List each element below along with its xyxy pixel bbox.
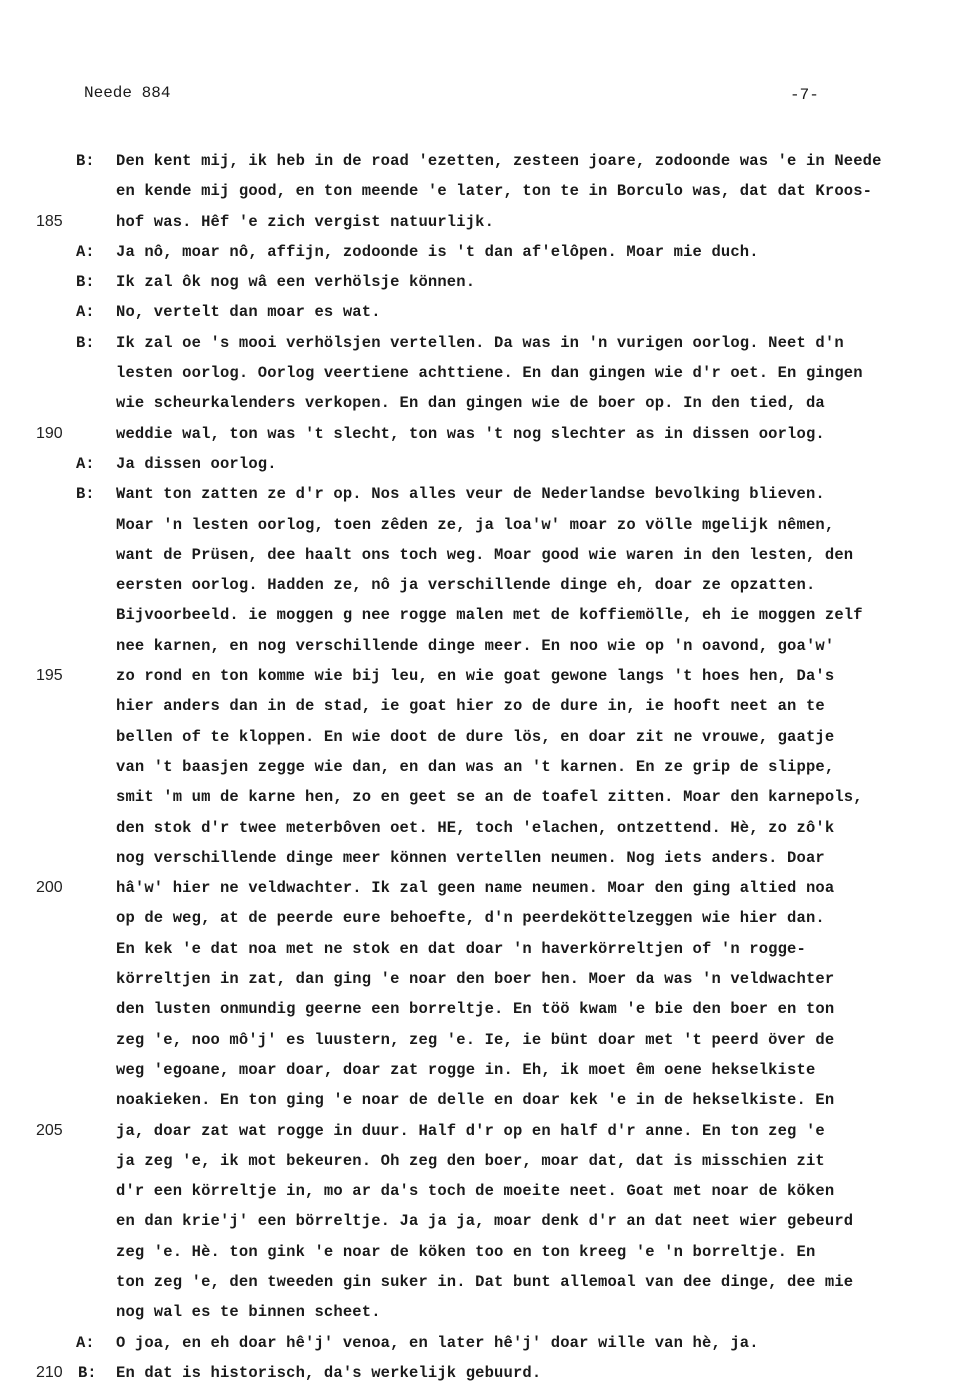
line-text: want de Prüsen, dee haalt ons toch weg. … xyxy=(116,540,853,570)
speaker-label: B: xyxy=(76,328,106,358)
transcript-line: van 't baasjen zegge wie dan, en dan was… xyxy=(0,752,973,782)
line-number: 195 xyxy=(36,661,76,691)
transcript-line: en dan krie'j' een börreltje. Ja ja ja, … xyxy=(0,1206,973,1236)
line-text: den stok d'r twee meterbôven oet. HE, to… xyxy=(116,813,834,843)
line-text: zeg 'e. Hè. ton gink 'e noar de köken to… xyxy=(116,1237,815,1267)
transcript-line: lesten oorlog. Oorlog veertiene achttien… xyxy=(0,358,973,388)
transcript-line: den stok d'r twee meterbôven oet. HE, to… xyxy=(0,813,973,843)
line-text: ja zeg 'e, ik mot bekeuren. Oh zeg den b… xyxy=(116,1146,825,1176)
line-text: Ja nô, moar nô, affijn, zodoonde is 't d… xyxy=(116,237,759,267)
transcript-line: eersten oorlog. Hadden ze, nô ja verschi… xyxy=(0,570,973,600)
line-text: nog wal es te binnen scheet. xyxy=(116,1297,381,1327)
line-text: Ik zal oe 's mooi verhölsjen vertellen. … xyxy=(116,328,844,358)
speaker-label: A: xyxy=(76,1328,106,1358)
speaker-label: A: xyxy=(76,297,106,327)
line-text: körreltjen in zat, dan ging 'e noar den … xyxy=(116,964,834,994)
speaker-label: B: xyxy=(78,1358,108,1388)
transcript-line: zeg 'e. Hè. ton gink 'e noar de köken to… xyxy=(0,1237,973,1267)
transcript-line: B:Ik zal ôk nog wâ een verhölsje können. xyxy=(0,267,973,297)
line-text: zo rond en ton komme wie bij leu, en wie… xyxy=(116,661,834,691)
transcript-line: A:O joa, en eh doar hê'j' venoa, en late… xyxy=(0,1328,973,1358)
line-text: hâ'w' hier ne veldwachter. Ik zal geen n… xyxy=(116,873,834,903)
transcript-line: B:Den kent mij, ik heb in de road 'ezett… xyxy=(0,146,973,176)
transcript-line: ton zeg 'e, den tweeden gin suker in. Da… xyxy=(0,1267,973,1297)
speaker-label: B: xyxy=(76,479,106,509)
line-text: bellen of te kloppen. En wie doot de dur… xyxy=(116,722,834,752)
transcript-line: ja zeg 'e, ik mot bekeuren. Oh zeg den b… xyxy=(0,1146,973,1176)
transcript-line: B:Ik zal oe 's mooi verhölsjen vertellen… xyxy=(0,328,973,358)
transcript-line: wie scheurkalenders verkopen. En dan gin… xyxy=(0,388,973,418)
transcript-body: B:Den kent mij, ik heb in de road 'ezett… xyxy=(0,146,973,1388)
line-number: 190 xyxy=(36,419,76,449)
line-text: en kende mij good, en ton meende 'e late… xyxy=(116,176,872,206)
transcript-line: zeg 'e, noo mô'j' es luustern, zeg 'e. I… xyxy=(0,1025,973,1055)
line-text: smit 'm um de karne hen, zo en geet se a… xyxy=(116,782,863,812)
line-number: 185 xyxy=(36,207,76,237)
transcript-line: nee karnen, en nog verschillende dinge m… xyxy=(0,631,973,661)
page-number: -7- xyxy=(790,86,819,104)
transcript-line: Moar 'n lesten oorlog, toen zêden ze, ja… xyxy=(0,510,973,540)
line-text: nog verschillende dinge meer können vert… xyxy=(116,843,825,873)
line-text: weddie wal, ton was 't slecht, ton was '… xyxy=(116,419,825,449)
line-text: d'r een körreltje in, mo ar da's toch de… xyxy=(116,1176,834,1206)
document-title: Neede 884 xyxy=(84,84,170,102)
transcript-line: A:Ja nô, moar nô, affijn, zodoonde is 't… xyxy=(0,237,973,267)
transcript-line: hier anders dan in de stad, ie goat hier… xyxy=(0,691,973,721)
line-text: hier anders dan in de stad, ie goat hier… xyxy=(116,691,825,721)
speaker-label: A: xyxy=(76,237,106,267)
speaker-label: A: xyxy=(76,449,106,479)
transcript-line: want de Prüsen, dee haalt ons toch weg. … xyxy=(0,540,973,570)
transcript-line: nog verschillende dinge meer können vert… xyxy=(0,843,973,873)
line-text: Ik zal ôk nog wâ een verhölsje können. xyxy=(116,267,475,297)
transcript-line: 190weddie wal, ton was 't slecht, ton wa… xyxy=(0,419,973,449)
speaker-label: B: xyxy=(76,267,106,297)
transcript-line: Bijvoorbeeld. ie moggen g nee rogge male… xyxy=(0,600,973,630)
transcript-line: körreltjen in zat, dan ging 'e noar den … xyxy=(0,964,973,994)
line-text: zeg 'e, noo mô'j' es luustern, zeg 'e. I… xyxy=(116,1025,834,1055)
line-text: weg 'egoane, moar doar, doar zat rogge i… xyxy=(116,1055,815,1085)
line-text: den lusten onmundig geerne een borreltje… xyxy=(116,994,834,1024)
transcript-line: op de weg, at de peerde eure behoefte, d… xyxy=(0,903,973,933)
line-text: No, vertelt dan moar es wat. xyxy=(116,297,381,327)
line-number: 200 xyxy=(36,873,76,903)
transcript-line: noakieken. En ton ging 'e noar de delle … xyxy=(0,1085,973,1115)
line-number: 210 xyxy=(36,1358,76,1388)
line-text: nee karnen, en nog verschillende dinge m… xyxy=(116,631,834,661)
transcript-line: B:Want ton zatten ze d'r op. Nos alles v… xyxy=(0,479,973,509)
transcript-line: 200hâ'w' hier ne veldwachter. Ik zal gee… xyxy=(0,873,973,903)
transcript-line: 210B:En dat is historisch, da's werkelij… xyxy=(0,1358,973,1388)
transcript-line: en kende mij good, en ton meende 'e late… xyxy=(0,176,973,206)
line-number: 205 xyxy=(36,1116,76,1146)
transcript-line: 195zo rond en ton komme wie bij leu, en … xyxy=(0,661,973,691)
line-text: En kek 'e dat noa met ne stok en dat doa… xyxy=(116,934,806,964)
line-text: Moar 'n lesten oorlog, toen zêden ze, ja… xyxy=(116,510,834,540)
line-text: ja, doar zat wat rogge in duur. Half d'r… xyxy=(116,1116,825,1146)
line-text: Bijvoorbeeld. ie moggen g nee rogge male… xyxy=(116,600,863,630)
line-text: op de weg, at de peerde eure behoefte, d… xyxy=(116,903,825,933)
transcript-line: 205ja, doar zat wat rogge in duur. Half … xyxy=(0,1116,973,1146)
transcript-line: A:Ja dissen oorlog. xyxy=(0,449,973,479)
line-text: O joa, en eh doar hê'j' venoa, en later … xyxy=(116,1328,759,1358)
line-text: en dan krie'j' een börreltje. Ja ja ja, … xyxy=(116,1206,853,1236)
transcript-line: d'r een körreltje in, mo ar da's toch de… xyxy=(0,1176,973,1206)
transcript-line: weg 'egoane, moar doar, doar zat rogge i… xyxy=(0,1055,973,1085)
line-text: noakieken. En ton ging 'e noar de delle … xyxy=(116,1085,834,1115)
transcript-line: smit 'm um de karne hen, zo en geet se a… xyxy=(0,782,973,812)
transcript-line: bellen of te kloppen. En wie doot de dur… xyxy=(0,722,973,752)
line-text: hof was. Hêf 'e zich vergist natuurlijk. xyxy=(116,207,494,237)
line-text: Ja dissen oorlog. xyxy=(116,449,277,479)
transcript-line: A:No, vertelt dan moar es wat. xyxy=(0,297,973,327)
transcript-line: En kek 'e dat noa met ne stok en dat doa… xyxy=(0,934,973,964)
speaker-label: B: xyxy=(76,146,106,176)
line-text: lesten oorlog. Oorlog veertiene achttien… xyxy=(116,358,863,388)
line-text: van 't baasjen zegge wie dan, en dan was… xyxy=(116,752,834,782)
line-text: ton zeg 'e, den tweeden gin suker in. Da… xyxy=(116,1267,853,1297)
transcript-line: 185hof was. Hêf 'e zich vergist natuurli… xyxy=(0,207,973,237)
transcript-line: den lusten onmundig geerne een borreltje… xyxy=(0,994,973,1024)
line-text: eersten oorlog. Hadden ze, nô ja verschi… xyxy=(116,570,815,600)
line-text: Want ton zatten ze d'r op. Nos alles veu… xyxy=(116,479,825,509)
line-text: wie scheurkalenders verkopen. En dan gin… xyxy=(116,388,825,418)
line-text: En dat is historisch, da's werkelijk geb… xyxy=(116,1358,541,1388)
transcript-line: nog wal es te binnen scheet. xyxy=(0,1297,973,1327)
line-text: Den kent mij, ik heb in de road 'ezetten… xyxy=(116,146,882,176)
